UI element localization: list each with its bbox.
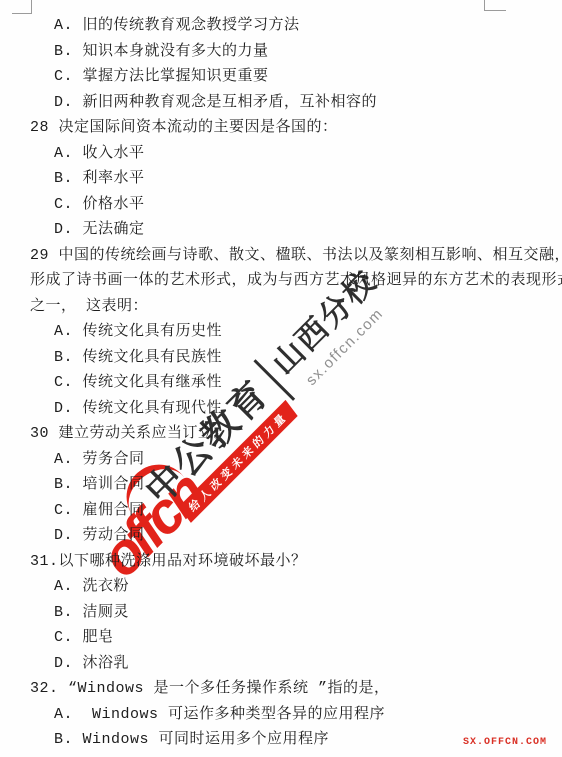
text-line: B. 培训合同 xyxy=(0,476,562,502)
text-line: 31.以下哪种洗涤用品对环境破坏最小？ xyxy=(0,553,562,579)
text-boundary-mark-left xyxy=(12,0,32,14)
text-line-content: A. 旧的传统教育观念教授学习方法 xyxy=(54,17,300,34)
question-text-column: A. 旧的传统教育观念教授学习方法B. 知识本身就没有多大的力量C. 掌握方法比… xyxy=(0,17,562,757)
text-line: A. 劳务合同 xyxy=(0,451,562,477)
footer-site-url: SX.OFFCN.COM xyxy=(463,737,547,748)
text-line: C. 传统文化具有继承性 xyxy=(0,374,562,400)
text-line-content: A. 收入水平 xyxy=(54,145,145,162)
text-line-content: D. 传统文化具有现代性 xyxy=(54,400,222,417)
text-line-content: 形成了诗书画一体的艺术形式，成为与西方艺术风格迥异的东方艺术的表现形式 xyxy=(30,272,562,289)
text-line-content: B. 利率水平 xyxy=(54,170,145,187)
text-line: A. 传统文化具有历史性 xyxy=(0,323,562,349)
text-line: D. 无法确定 xyxy=(0,221,562,247)
text-line-content: C. 雇佣合同 xyxy=(54,502,145,519)
text-line: B. 知识本身就没有多大的力量 xyxy=(0,43,562,69)
text-boundary-mark-right xyxy=(484,0,506,11)
text-line: 之一， 这表明： xyxy=(0,298,562,324)
text-line-content: C. 掌握方法比掌握知识更重要 xyxy=(54,68,269,85)
text-line-content: 28 决定国际间资本流动的主要因是各国的： xyxy=(30,119,338,136)
text-line-content: A. 劳务合同 xyxy=(54,451,145,468)
text-line-content: C. 肥皂 xyxy=(54,629,114,646)
text-line-content: D. 无法确定 xyxy=(54,221,145,238)
text-line: A. 洗衣粉 xyxy=(0,578,562,604)
text-line-content: 30 建立劳动关系应当订立。 xyxy=(30,425,229,442)
text-line: D. 沐浴乳 xyxy=(0,655,562,681)
text-line: A. 收入水平 xyxy=(0,145,562,171)
text-line: 28 决定国际间资本流动的主要因是各国的： xyxy=(0,119,562,145)
text-line: C. 掌握方法比掌握知识更重要 xyxy=(0,68,562,94)
text-line: A. 旧的传统教育观念教授学习方法 xyxy=(0,17,562,43)
text-line: A. Windows 可运作多种类型各异的应用程序 xyxy=(0,706,562,732)
text-line: 30 建立劳动关系应当订立。 xyxy=(0,425,562,451)
text-line-content: B. 知识本身就没有多大的力量 xyxy=(54,43,269,60)
text-line-content: B. 传统文化具有民族性 xyxy=(54,349,222,366)
text-line-content: A. 传统文化具有历史性 xyxy=(54,323,222,340)
document-page: offcn 中公教育 给人改变未来的力量 山西分校 sx.offcn.com A… xyxy=(0,0,562,757)
text-line: B. 洁厕灵 xyxy=(0,604,562,630)
text-line-content: D. 劳动合同 xyxy=(54,527,145,544)
text-line: 形成了诗书画一体的艺术形式，成为与西方艺术风格迥异的东方艺术的表现形式 xyxy=(0,272,562,298)
text-line-content: C. 传统文化具有继承性 xyxy=(54,374,222,391)
text-line-content: 32. “Windows 是一个多任务操作系统 ”指的是， xyxy=(30,680,390,697)
text-line: C. 雇佣合同 xyxy=(0,502,562,528)
text-line-content: B. 洁厕灵 xyxy=(54,604,129,621)
text-line-content: D. 新旧两种教育观念是互相矛盾，互补相容的 xyxy=(54,94,377,111)
text-line-content: B. 培训合同 xyxy=(54,476,145,493)
text-line: D. 劳动合同 xyxy=(0,527,562,553)
text-line-content: C. 价格水平 xyxy=(54,196,145,213)
text-line: C. 价格水平 xyxy=(0,196,562,222)
text-line: C. 肥皂 xyxy=(0,629,562,655)
text-line-content: B. Windows 可同时运用多个应用程序 xyxy=(54,731,329,748)
text-line-content: A. Windows 可运作多种类型各异的应用程序 xyxy=(54,706,385,723)
text-line-content: 之一， 这表明： xyxy=(30,298,148,315)
text-line: 32. “Windows 是一个多任务操作系统 ”指的是， xyxy=(0,680,562,706)
text-line: B. 传统文化具有民族性 xyxy=(0,349,562,375)
text-line-content: D. 沐浴乳 xyxy=(54,655,129,672)
text-line-content: 31.以下哪种洗涤用品对环境破坏最小？ xyxy=(30,553,307,570)
text-line: D. 新旧两种教育观念是互相矛盾，互补相容的 xyxy=(0,94,562,120)
text-line: D. 传统文化具有现代性 xyxy=(0,400,562,426)
text-line: 29 中国的传统绘画与诗歌、散文、楹联、书法以及篆刻相互影响、相互交融， xyxy=(0,247,562,273)
text-line-content: 29 中国的传统绘画与诗歌、散文、楹联、书法以及篆刻相互影响、相互交融， xyxy=(30,247,562,264)
text-line-content: A. 洗衣粉 xyxy=(54,578,129,595)
text-line: B. 利率水平 xyxy=(0,170,562,196)
